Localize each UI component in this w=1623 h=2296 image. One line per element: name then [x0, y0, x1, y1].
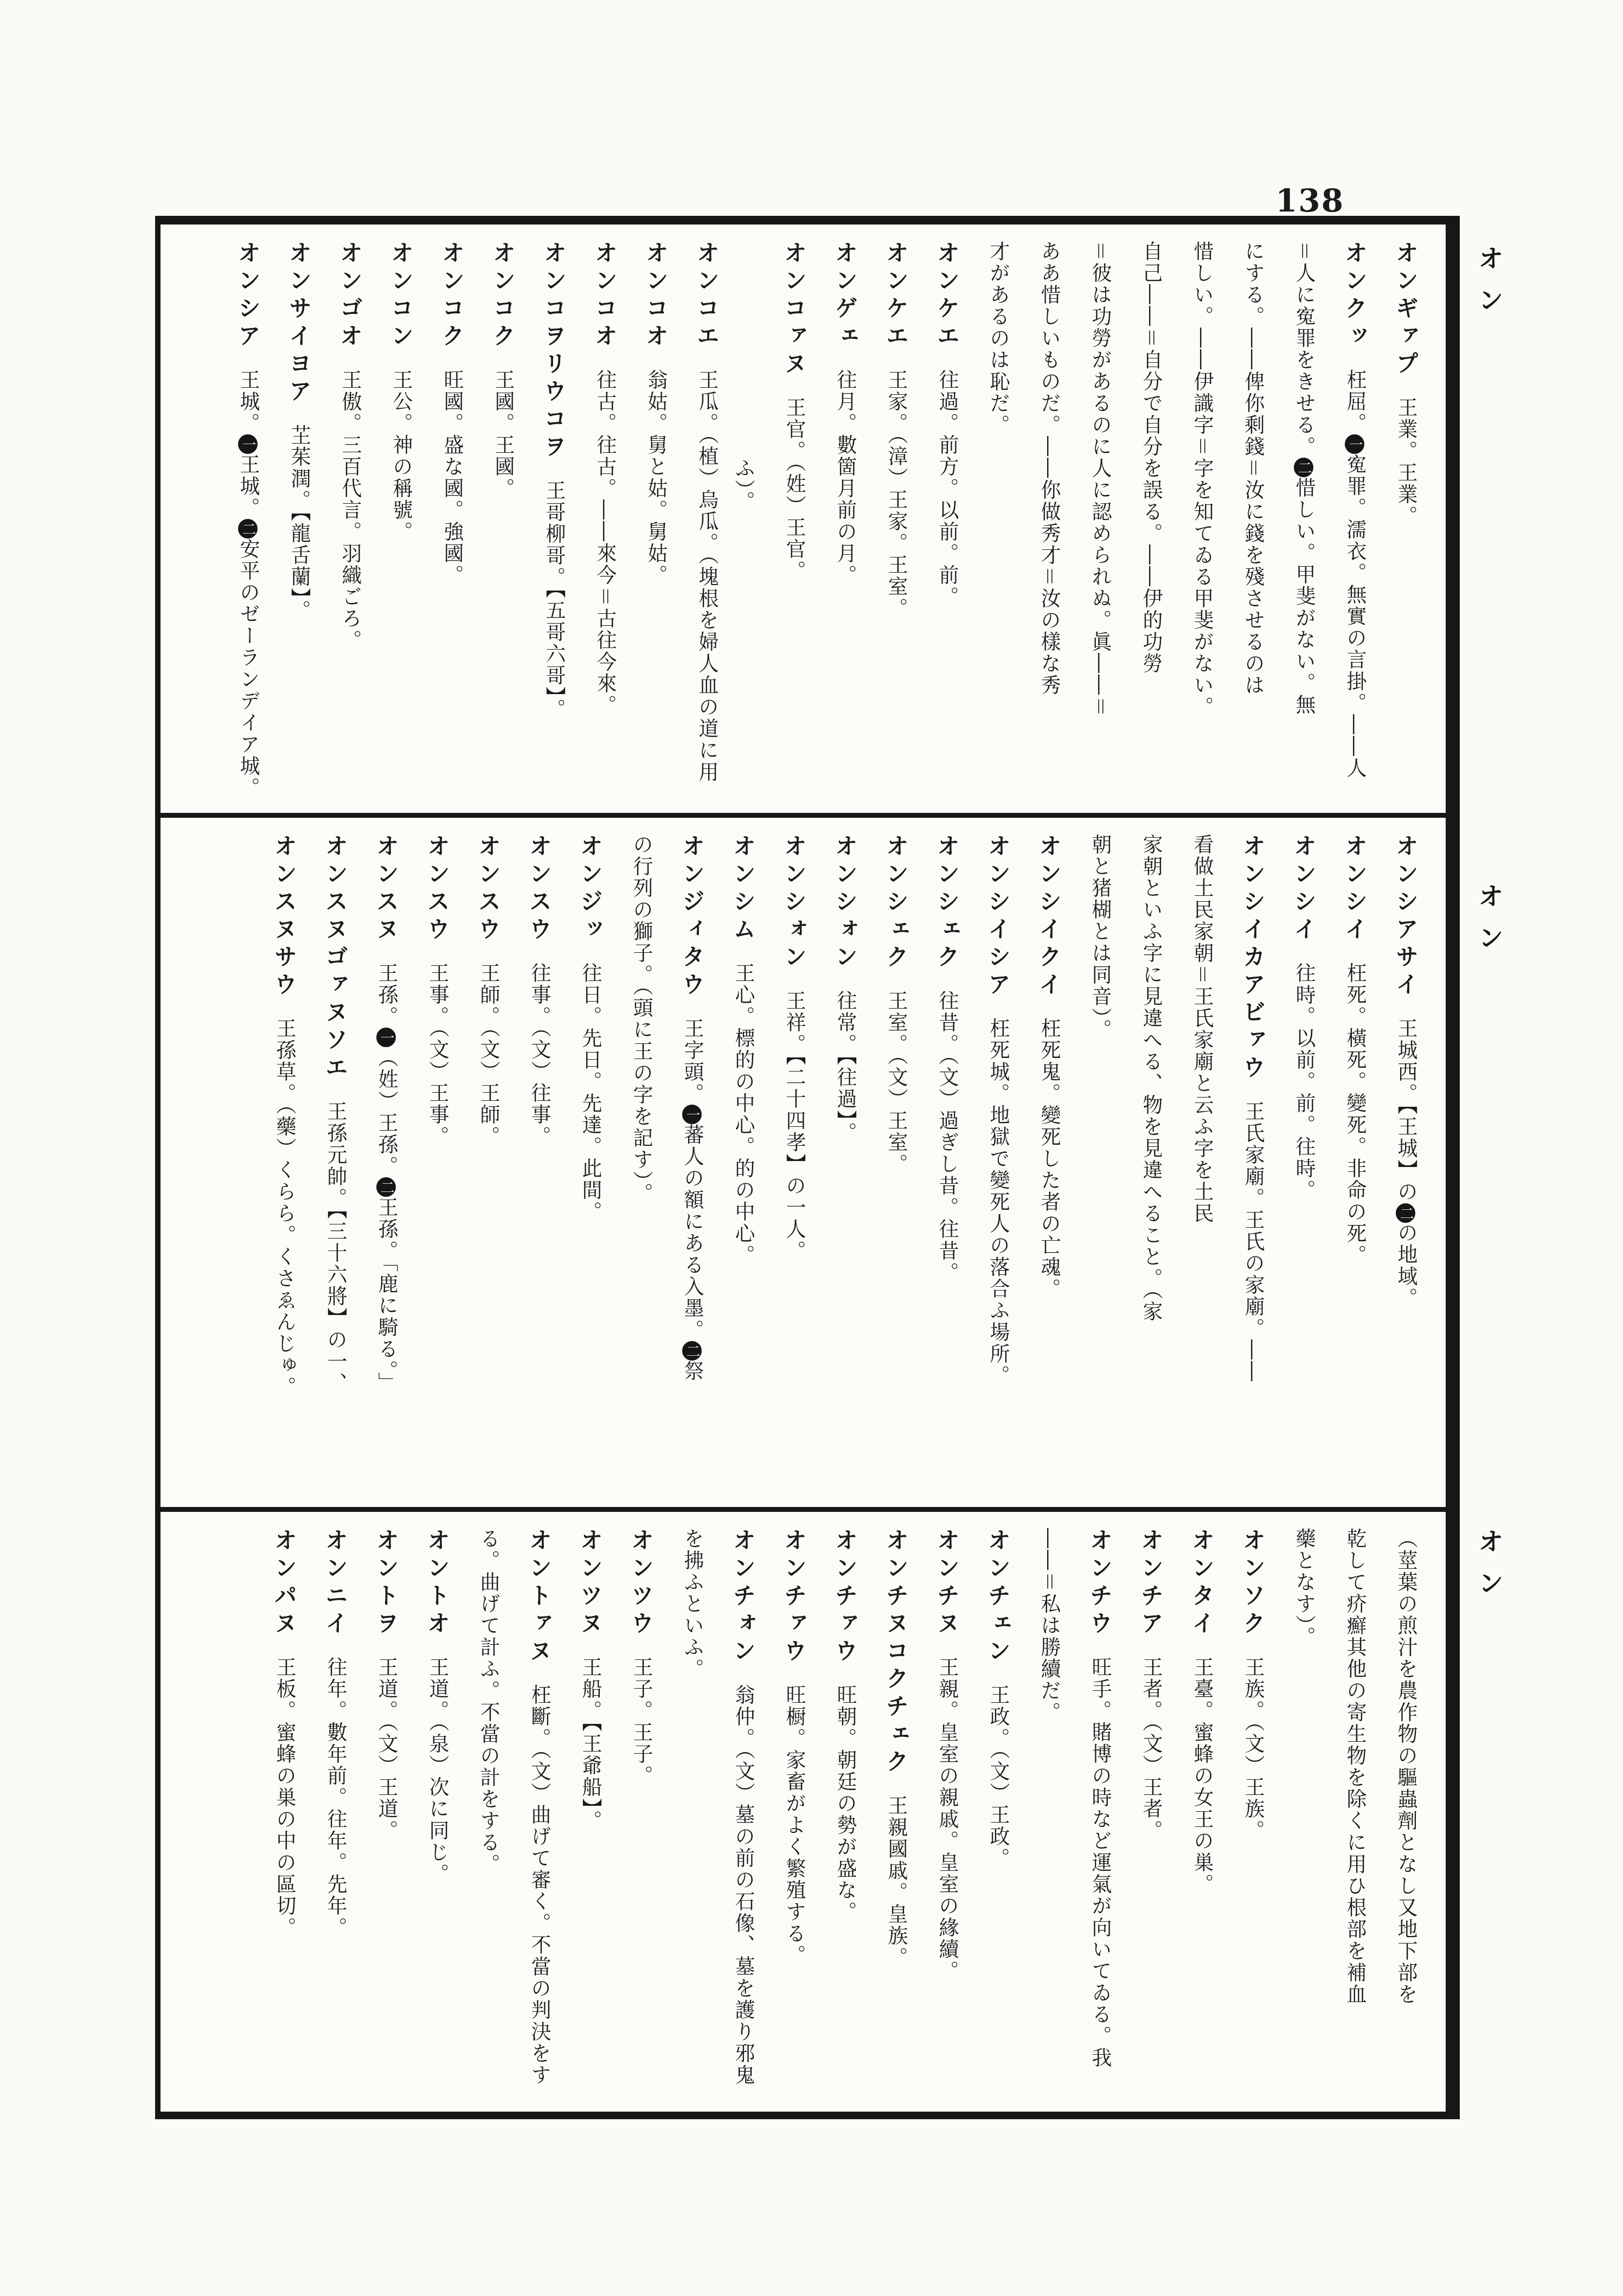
circled-number-二: 二	[682, 1341, 702, 1361]
entry-text: 王氏家廟。王氏の家廟。――	[1241, 1101, 1265, 1383]
entry-text: 王公。神の稱號。	[389, 369, 413, 543]
continuation-column: 朝と猪楜とは同音）。	[1076, 834, 1124, 1498]
entry-column: オンシォン 往常。【往過】。	[822, 834, 869, 1498]
continuation-column: 自己――＝自分で自分を誤る。――伊的功勞	[1127, 241, 1175, 804]
entry-text: 王祥。【二十四孝】の一人。	[782, 990, 806, 1262]
entry-text: 王哥柳哥。【五哥六哥】。	[542, 480, 566, 720]
entry-column: オンシェク 往昔。（文）過ぎし昔。往昔。	[923, 834, 971, 1498]
entry-column: オンチェン 王政。（文）王政。	[974, 1528, 1022, 2093]
entry-headword: オンシォン	[832, 834, 858, 972]
entry-column: オントオ 王道。（泉）次に同じ。	[414, 1528, 461, 2093]
entry-text: 王官。（姓）王官。	[782, 397, 806, 582]
entry-column: オンサイヨア 芏茱潤。【龍舌蘭】。	[275, 241, 323, 804]
entry-headword: オンコァヌ	[781, 241, 807, 379]
entry-headword: オンシイ	[1291, 834, 1317, 945]
entry-text: 往常。【往過】。	[833, 990, 857, 1144]
entry-text: 王事。（文）王事。	[426, 963, 449, 1148]
entry-column: オンコヲリウコヲ 王哥柳哥。【五哥六哥】。	[530, 241, 578, 804]
entry-column: オンチウ 旺手。賭博の時など運氣が向いてゐる。我	[1076, 1528, 1124, 2093]
entry-column: オンスヌ 王孫。一（姓）王孫。二王孫。「鹿に騎る。」	[363, 834, 410, 1498]
entry-column: オンスウ 往事。（文）往事。	[516, 834, 563, 1498]
entry-column: オンシイ 枉死。橫死。變死。非命の死。	[1331, 834, 1378, 1498]
entry-headword: オンクッ	[1342, 241, 1368, 351]
entry-text: 王瓜。（植）烏瓜。（塊根を婦人血の道に用	[695, 369, 719, 783]
entry-text: 往事。（文）往事。	[528, 963, 551, 1148]
entry-column: オンコク 旺國。盛な國。強國。	[428, 241, 476, 804]
entry-headword: オンシア	[235, 241, 261, 351]
entry-headword: オンコン	[388, 241, 414, 351]
entry-headword: オンツウ	[628, 1528, 655, 1639]
entry-headword: オンスウ	[526, 834, 553, 945]
entry-column: オンクッ 枉屈。一寃罪。濡衣。無實の言掛。――人	[1331, 241, 1378, 804]
entry-column: オンコオ 往古。往古。――來今＝古往今來。	[581, 241, 628, 804]
entry-text: 王道。（文）王道。	[375, 1657, 398, 1842]
entry-headword: オンチア	[1138, 1528, 1164, 1639]
entry-column: オンスウ 王師。（文）王師。	[465, 834, 512, 1498]
entry-headword: オンコク	[439, 241, 465, 351]
entry-text: ああ惜しいものだ。――你做秀才＝汝の樣な秀	[1037, 241, 1061, 696]
entry-headword: オントァヌ	[526, 1528, 553, 1666]
entry-text: にする。――俾你剩錢＝汝に錢を殘させるのは	[1241, 241, 1265, 696]
continuation-column: ふ）。	[734, 241, 767, 804]
margin-tab-on-3: オン	[1471, 1528, 1507, 1612]
entry-column: オンパヌ 王板。蜜蜂の巣の中の區切。	[261, 1528, 308, 2093]
entry-column: オンシイ 往時。以前。前。往時。	[1280, 834, 1327, 1498]
entry-headword: オンコオ	[643, 241, 669, 351]
entry-text: 枉死。橫死。變死。非命の死。	[1343, 963, 1367, 1266]
entry-headword: オンシイシア	[985, 834, 1011, 1000]
entry-text: 枉斷。（文）曲げて審く。不當の判決をす	[528, 1684, 551, 2087]
continuation-column: ――＝私は勝續だ。	[1025, 1528, 1073, 2093]
entry-headword: オンチァウ	[781, 1528, 807, 1666]
entry-text: 王孫草。（藥）くらら。くさゑんじゅ。	[273, 1018, 296, 1399]
entry-headword: オンチヌ	[934, 1528, 960, 1639]
entry-headword: オンツヌ	[577, 1528, 604, 1639]
circled-number-二: 二	[376, 1177, 396, 1197]
entry-text: 王室。（文）王室。	[884, 990, 908, 1176]
entry-text: 自己――＝自分で自分を誤る。――伊的功勞	[1139, 241, 1163, 675]
entry-text: 枉死鬼。變死した者の亡魂。	[1037, 1018, 1061, 1300]
continuation-column: 乾して疥癬其他の寄生物を除くに用ひ根部を補血	[1331, 1528, 1378, 2093]
margin-tab-on-2: オン	[1471, 883, 1507, 966]
entry-text: 往過。前方。以前。前。	[935, 369, 959, 608]
entry-column: オンシォン 王祥。【二十四孝】の一人。	[771, 834, 818, 1498]
entry-headword: オンニイ	[322, 1528, 349, 1639]
entry-text: 往昔。（文）過ぎし昔。往昔。	[935, 990, 959, 1284]
entry-column: オンコァヌ 王官。（姓）王官。	[771, 241, 818, 804]
entry-headword: オンシム	[730, 834, 756, 945]
entry-text: 王親國戚。皇族。	[884, 1795, 908, 1968]
entry-headword: オンコク	[490, 241, 516, 351]
entry-text: 家朝といふ字に見違へる、物を見違へること。（家	[1139, 834, 1163, 1323]
entry-text: 往月。數箇月前の月。	[833, 369, 857, 586]
entry-column: オンスヌサウ 王孫草。（藥）くらら。くさゑんじゅ。	[261, 834, 308, 1498]
entry-column: オンシイクイ 枉死鬼。變死した者の亡魂。	[1025, 834, 1073, 1498]
continuation-column: 藥となす）。	[1280, 1528, 1327, 2093]
entry-column: オンタイ 王臺。蜜蜂の女王の巣。	[1178, 1528, 1226, 2093]
entry-headword: オンシォン	[781, 834, 807, 972]
circled-number-二: 二	[1396, 1203, 1415, 1223]
entry-text: 翁姑。舅と姑。舅姑。	[644, 369, 668, 586]
entry-text: 王政。（文）王政。	[986, 1684, 1010, 1870]
entry-headword: オンスウ	[475, 834, 502, 945]
page-frame: オンギァプ 王業。王業。オンクッ 枉屈。一寃罪。濡衣。無實の言掛。――人＝人に寃…	[155, 216, 1460, 2119]
entry-headword: オンタイ	[1189, 1528, 1215, 1639]
entry-text: 王孫。一（姓）王孫。二王孫。「鹿に騎る。」	[375, 963, 398, 1394]
entry-headword: オンシイカアビァウ	[1240, 834, 1266, 1083]
entry-column: オントァヌ 枉斷。（文）曲げて審く。不當の判決をす	[516, 1528, 563, 2093]
entry-text: 王城西。【王城】の二の地域。	[1394, 1018, 1417, 1310]
band-3: （莖葉の煎汁を農作物の驅蟲劑となし又地下部を乾して疥癬其他の寄生物を除くに用ひ根…	[161, 1507, 1446, 2102]
entry-column: オンチヌコクチェク 王親國戚。皇族。	[873, 1528, 920, 2093]
entry-text: の行列の獅子。（頭に王の字を記す）。	[630, 834, 653, 1204]
entry-column: オンジィタウ 王字頭。一蕃人の額にある入墨。二祭	[669, 834, 716, 1498]
entry-column: オンギァプ 王業。王業。	[1382, 241, 1429, 804]
entry-text: 王師。（文）王師。	[477, 963, 500, 1148]
entry-text: 往古。往古。――來今＝古往今來。	[593, 369, 617, 716]
entry-headword: オンチウ	[1087, 1528, 1113, 1639]
entry-text: 乾して疥癬其他の寄生物を除くに用ひ根部を補血	[1343, 1528, 1367, 2005]
entry-headword: オントオ	[424, 1528, 451, 1639]
entry-column: オントヲ 王道。（文）王道。	[363, 1528, 410, 2093]
circled-number-二: 二	[238, 519, 258, 538]
entry-text: 王子。王子。	[630, 1657, 653, 1787]
entry-text: 芏茱潤。【龍舌蘭】。	[287, 425, 311, 621]
entry-text: る。曲げて計ふ。不當の計をする。	[477, 1528, 500, 1875]
entry-text: 旺朝。朝廷の勢が盛な。	[833, 1684, 857, 1923]
entry-column: オンコク 王國。王國。	[479, 241, 527, 804]
entry-column: オンツヌ 王船。【王爺船】。	[567, 1528, 614, 2093]
band-2-columns: オンシアサイ 王城西。【王城】の二の地域。オンシイ 枉死。橫死。變死。非命の死。…	[171, 834, 1429, 1498]
entry-headword: オンケエ	[934, 241, 960, 351]
entry-column: オンシム 王心。標的の中心。的の中心。	[720, 834, 767, 1498]
entry-column: オンチァウ 旺朝。朝廷の勢が盛な。	[822, 1528, 869, 2093]
circled-number-一: 一	[1345, 434, 1364, 454]
entry-text: 惜しい。――伊識字＝字を知てゐる甲斐がない。	[1190, 241, 1214, 718]
continuation-column: ＝彼は功勞があるのに人に認められぬ。眞――＝	[1076, 241, 1124, 804]
entry-text: 王船。【王爺船】。	[579, 1657, 602, 1832]
entry-column: オンゴオ 王傲。三百代言。羽織ごろ。	[326, 241, 374, 804]
band-1-columns: オンギァプ 王業。王業。オンクッ 枉屈。一寃罪。濡衣。無實の言掛。――人＝人に寃…	[171, 241, 1429, 804]
band-3-columns: （莖葉の煎汁を農作物の驅蟲劑となし又地下部を乾して疥癬其他の寄生物を除くに用ひ根…	[171, 1528, 1429, 2093]
entry-column: オンチァウ 旺橱。家畜がよく繁殖する。	[771, 1528, 818, 2093]
entry-column: オンシア 王城。一王城。二安平のゼーランデイア城。	[224, 241, 272, 804]
entry-headword: オンスヌ	[373, 834, 400, 945]
entry-column: オンツウ 王子。王子。	[618, 1528, 665, 2093]
entry-headword: オンシェク	[934, 834, 960, 972]
entry-headword: オンスヌゴァヌソエ	[322, 834, 349, 1083]
entry-text: 王臺。蜜蜂の女王の巣。	[1190, 1657, 1214, 1895]
continuation-column: を拂ふといふ。	[669, 1528, 716, 2093]
entry-headword: オンジッ	[577, 834, 604, 945]
entry-text: ふ）。	[734, 458, 755, 513]
entry-column: オンシアサイ 王城西。【王城】の二の地域。	[1382, 834, 1429, 1498]
entry-text: 往時。以前。前。往時。	[1292, 963, 1316, 1201]
entry-headword: オンジィタウ	[679, 834, 705, 1000]
entry-text: 旺橱。家畜がよく繁殖する。	[782, 1684, 806, 1966]
entry-headword: オンケエ	[883, 241, 909, 351]
entry-text: を拂ふといふ。	[681, 1528, 704, 1680]
entry-headword: オンチォン	[730, 1528, 756, 1666]
entry-headword: オンシイクイ	[1036, 834, 1062, 1000]
entry-headword: オンコヲリウコヲ	[541, 241, 567, 462]
entry-headword: オンゴオ	[337, 241, 363, 351]
entry-headword: オンサイヨア	[286, 241, 312, 407]
band-1: オンギァプ 王業。王業。オンクッ 枉屈。一寃罪。濡衣。無實の言掛。――人＝人に寃…	[161, 225, 1446, 813]
entry-headword: オンコエ	[694, 241, 720, 351]
continuation-column: にする。――俾你剩錢＝汝に錢を殘させるのは	[1229, 241, 1276, 804]
circled-number-二: 二	[1294, 458, 1313, 477]
entry-headword: オンゲェ	[832, 241, 858, 351]
circled-number-一: 一	[682, 1105, 702, 1124]
entry-headword: オンソク	[1240, 1528, 1266, 1639]
entry-column: オンコエ 王瓜。（植）烏瓜。（塊根を婦人血の道に用	[683, 241, 730, 804]
entry-column: オンチォン 翁仲。（文）墓の前の石像、墓を護り邪鬼	[720, 1528, 767, 2093]
entry-column: オンソク 王族。（文）王族。	[1229, 1528, 1276, 2093]
entry-text: 朝と猪楜とは同音）。	[1088, 834, 1112, 1041]
entry-column: オンシイシア 枉死城。地獄で變死人の落合ふ場所。	[974, 834, 1022, 1498]
entry-text: 王板。蜜蜂の巣の中の區切。	[273, 1657, 296, 1939]
continuation-column: の行列の獅子。（頭に王の字を記す）。	[618, 834, 665, 1498]
entry-column: オンコン 王公。神の稱號。	[377, 241, 425, 804]
entry-column: オンシイカアビァウ 王氏家廟。王氏の家廟。――	[1229, 834, 1276, 1498]
continuation-column: 看做土民家朝＝王氏家廟と云ふ字を土民	[1178, 834, 1226, 1498]
entry-headword: オンパヌ	[271, 1528, 298, 1639]
entry-column: オンシェク 王室。（文）王室。	[873, 834, 920, 1498]
entry-text: 王者。（文）王者。	[1139, 1657, 1163, 1842]
margin-tab-on-1: オン	[1471, 245, 1507, 329]
entry-text: 王族。（文）王族。	[1241, 1657, 1265, 1842]
entry-column: オンチア 王者。（文）王者。	[1127, 1528, 1175, 2093]
entry-text: 王親。皇室の親戚。皇室の緣續。	[935, 1657, 959, 1982]
circled-number-一: 一	[376, 1028, 396, 1047]
circled-number-一: 一	[238, 434, 258, 454]
entry-column: オンスヌゴァヌソエ 王孫元帥。【三十六將】の一、	[312, 834, 359, 1498]
entry-text: 枉死城。地獄で變死人の落合ふ場所。	[986, 1018, 1010, 1387]
continuation-column: ＝人に寃罪をきせる。二惜しい。甲斐がない。無	[1280, 241, 1327, 804]
entry-text: 旺手。賭博の時など運氣が向いてゐる。我	[1088, 1657, 1112, 2069]
entry-column: オンニイ 往年。數年前。往年。先年。	[312, 1528, 359, 2093]
continuation-column: 才があるのは恥だ。	[974, 241, 1022, 804]
entry-text: ――＝私は勝續だ。	[1037, 1528, 1061, 1723]
entry-text: 王孫元帥。【三十六將】の一、	[324, 1101, 347, 1395]
entry-text: ＝彼は功勞があるのに人に認められぬ。眞――＝	[1088, 241, 1112, 718]
entry-column: オンスウ 王事。（文）王事。	[414, 834, 461, 1498]
entry-text: 王家。（漳）王家。王室。	[884, 369, 908, 620]
entry-headword: オンシェク	[883, 834, 909, 972]
entry-column: オンゲェ 往月。數箇月前の月。	[822, 241, 869, 804]
entry-column: オンチヌ 王親。皇室の親戚。皇室の緣續。	[923, 1528, 971, 2093]
entry-headword: オンチェン	[985, 1528, 1011, 1666]
band-2: オンシアサイ 王城西。【王城】の二の地域。オンシイ 枉死。橫死。變死。非命の死。…	[161, 813, 1446, 1507]
continuation-column: る。曲げて計ふ。不當の計をする。	[465, 1528, 512, 2093]
entry-headword: オンシイ	[1342, 834, 1368, 945]
entry-column: オンケエ 往過。前方。以前。前。	[923, 241, 971, 804]
entry-text: 看做土民家朝＝王氏家廟と云ふ字を土民	[1190, 834, 1214, 1224]
continuation-column: 惜しい。――伊識字＝字を知てゐる甲斐がない。	[1178, 241, 1226, 804]
entry-column: オンコオ 翁姑。舅と姑。舅姑。	[632, 241, 679, 804]
continuation-column: ああ惜しいものだ。――你做秀才＝汝の樣な秀	[1025, 241, 1073, 804]
continuation-column: （莖葉の煎汁を農作物の驅蟲劑となし又地下部を	[1382, 1528, 1429, 2093]
entry-text: 王傲。三百代言。羽織ごろ。	[338, 369, 362, 651]
entry-text: 王字頭。一蕃人の額にある入墨。二祭	[681, 1018, 704, 1382]
page-number: 138	[1275, 182, 1344, 219]
entry-text: （莖葉の煎汁を農作物の驅蟲劑となし又地下部を	[1394, 1528, 1417, 2005]
entry-text: ＝人に寃罪をきせる。二惜しい。甲斐がない。無	[1292, 241, 1316, 716]
entry-text: 藥となす）。	[1292, 1528, 1316, 1649]
entry-headword: オンコオ	[592, 241, 618, 351]
entry-column: オンケエ 王家。（漳）王家。王室。	[873, 241, 920, 804]
entry-text: 往年。數年前。往年。先年。	[324, 1657, 347, 1939]
entry-text: 王城。一王城。二安平のゼーランデイア城。	[236, 369, 260, 799]
entry-text: 王心。標的の中心。的の中心。	[732, 963, 755, 1266]
entry-text: 枉屈。一寃罪。濡衣。無實の言掛。――人	[1343, 369, 1367, 779]
entry-headword: オンギァプ	[1393, 241, 1419, 379]
entry-headword: オントヲ	[373, 1528, 400, 1639]
entry-text: 翁仲。（文）墓の前の石像、墓を護り邪鬼	[732, 1684, 755, 2087]
entry-column: オンジッ 往日。先日。先達。此間。	[567, 834, 614, 1498]
entry-text: 往日。先日。先達。此間。	[579, 963, 602, 1223]
entry-text: 王業。王業。	[1394, 397, 1417, 527]
entry-headword: オンシアサイ	[1393, 834, 1419, 1000]
continuation-column: 家朝といふ字に見違へる、物を見違へること。（家	[1127, 834, 1175, 1498]
entry-text: 王道。（泉）次に同じ。	[426, 1657, 449, 1885]
entry-text: 旺國。盛な國。強國。	[440, 369, 464, 586]
entry-text: 才があるのは恥だ。	[986, 241, 1010, 436]
entry-headword: オンチァウ	[832, 1528, 858, 1666]
entry-headword: オンスヌサウ	[271, 834, 298, 1000]
entry-text: 王國。王國。	[491, 369, 515, 499]
entry-headword: オンスウ	[424, 834, 451, 945]
entry-headword: オンチヌコクチェク	[883, 1528, 909, 1777]
